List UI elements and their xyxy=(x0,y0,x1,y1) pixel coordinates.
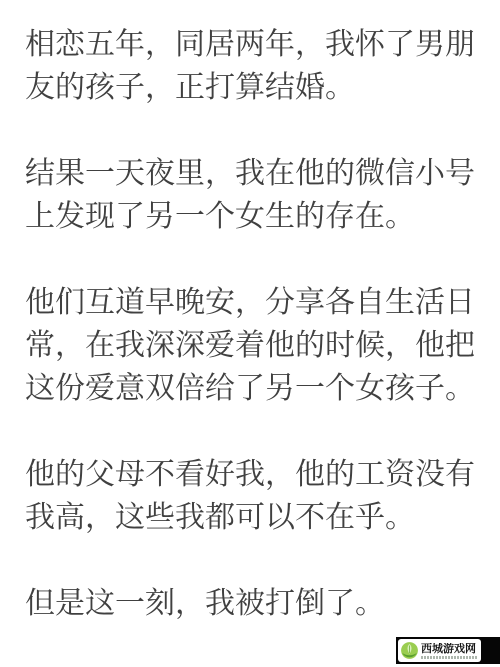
watermark: 西城游戏网 xyxy=(396,637,500,664)
story-page: { "page": { "background_color": "#ffffff… xyxy=(0,0,500,667)
story-paragraph: 结果一天夜里，我在他的微信小号上发现了另一个女生的存在。 xyxy=(25,152,475,238)
story-paragraph: 相恋五年，同居两年，我怀了男朋友的孩子，正打算结婚。 xyxy=(25,23,475,109)
story-paragraph: 但是这一刻，我被打倒了。 xyxy=(25,582,475,625)
story-text: 相恋五年，同居两年，我怀了男朋友的孩子，正打算结婚。 结果一天夜里，我在他的微信… xyxy=(25,23,475,625)
story-paragraph: 他的父母不看好我，他的工资没有我高，这些我都可以不在乎。 xyxy=(25,453,475,539)
watermark-box: 西城游戏网 xyxy=(398,639,481,662)
story-paragraph: 他们互道早晚安，分享各自生活日常，在我深深爱着他的时候，他把这份爱意双倍给了另一… xyxy=(25,281,475,410)
watermark-subtext xyxy=(421,656,477,659)
green-leaf-ball-icon xyxy=(400,641,419,660)
site-name: 西城游戏网 xyxy=(421,643,477,655)
watermark-text-column: 西城游戏网 xyxy=(421,643,477,659)
